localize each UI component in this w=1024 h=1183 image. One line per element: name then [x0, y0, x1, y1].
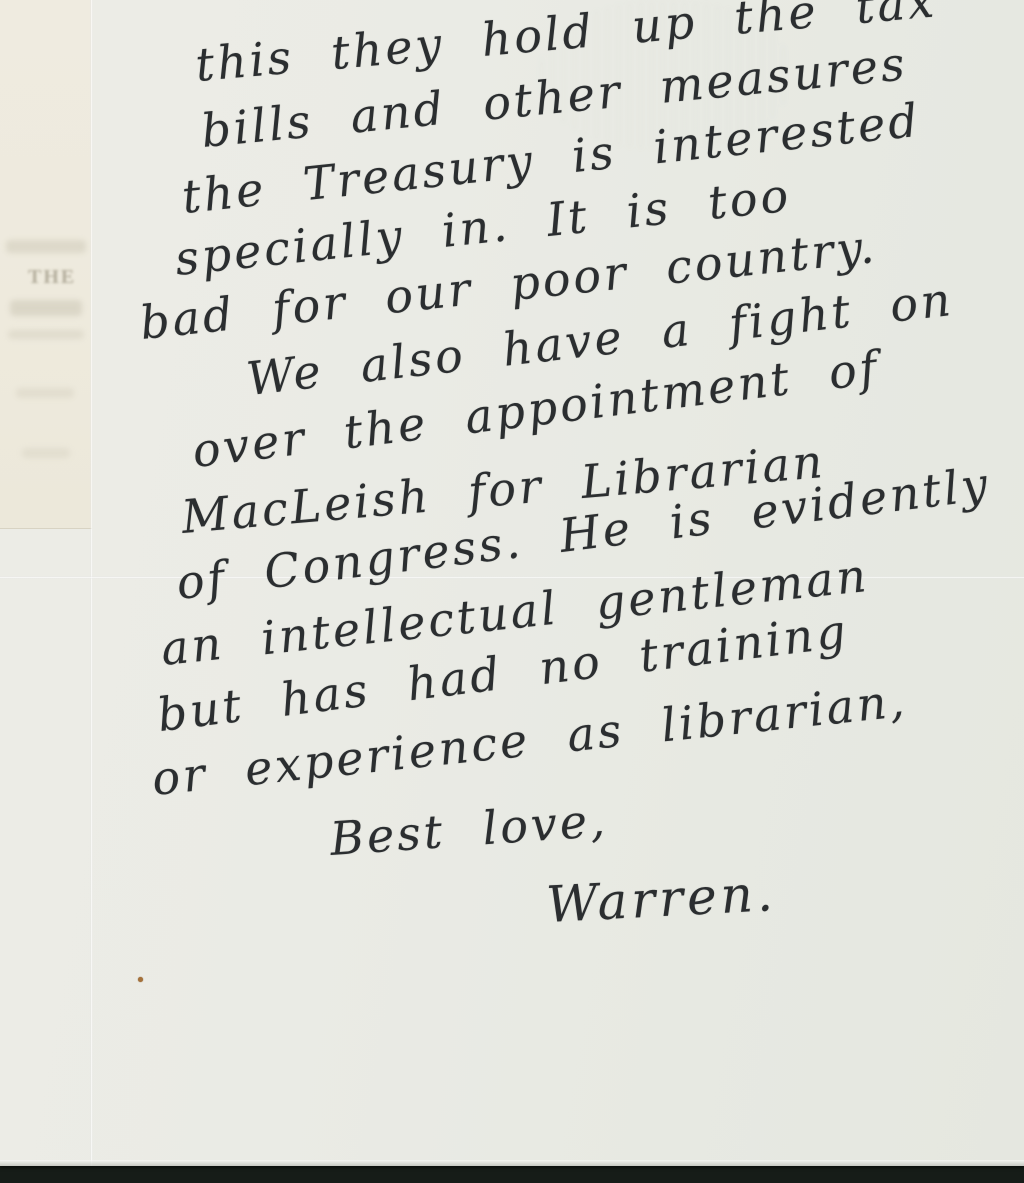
horizontal-fold-crease — [0, 576, 1024, 579]
ghost-text-smudge — [22, 448, 70, 458]
paper-speck — [138, 977, 143, 982]
vertical-fold-crease — [90, 0, 93, 1166]
paper-bottom-edge — [0, 1160, 1024, 1166]
closing-line: Best love, — [328, 793, 609, 866]
ghost-text-smudge — [16, 388, 74, 398]
ghost-text-smudge — [8, 330, 84, 339]
signature: Warren. — [545, 864, 778, 934]
ghost-text-smudge — [6, 240, 86, 253]
underlying-letterhead-sheet: THE — [0, 0, 92, 529]
letter-page: THE this they hold up the tax bills and … — [0, 0, 1024, 1166]
ghost-text-smudge — [10, 300, 82, 316]
ghost-letterhead-text: THE — [28, 266, 76, 289]
